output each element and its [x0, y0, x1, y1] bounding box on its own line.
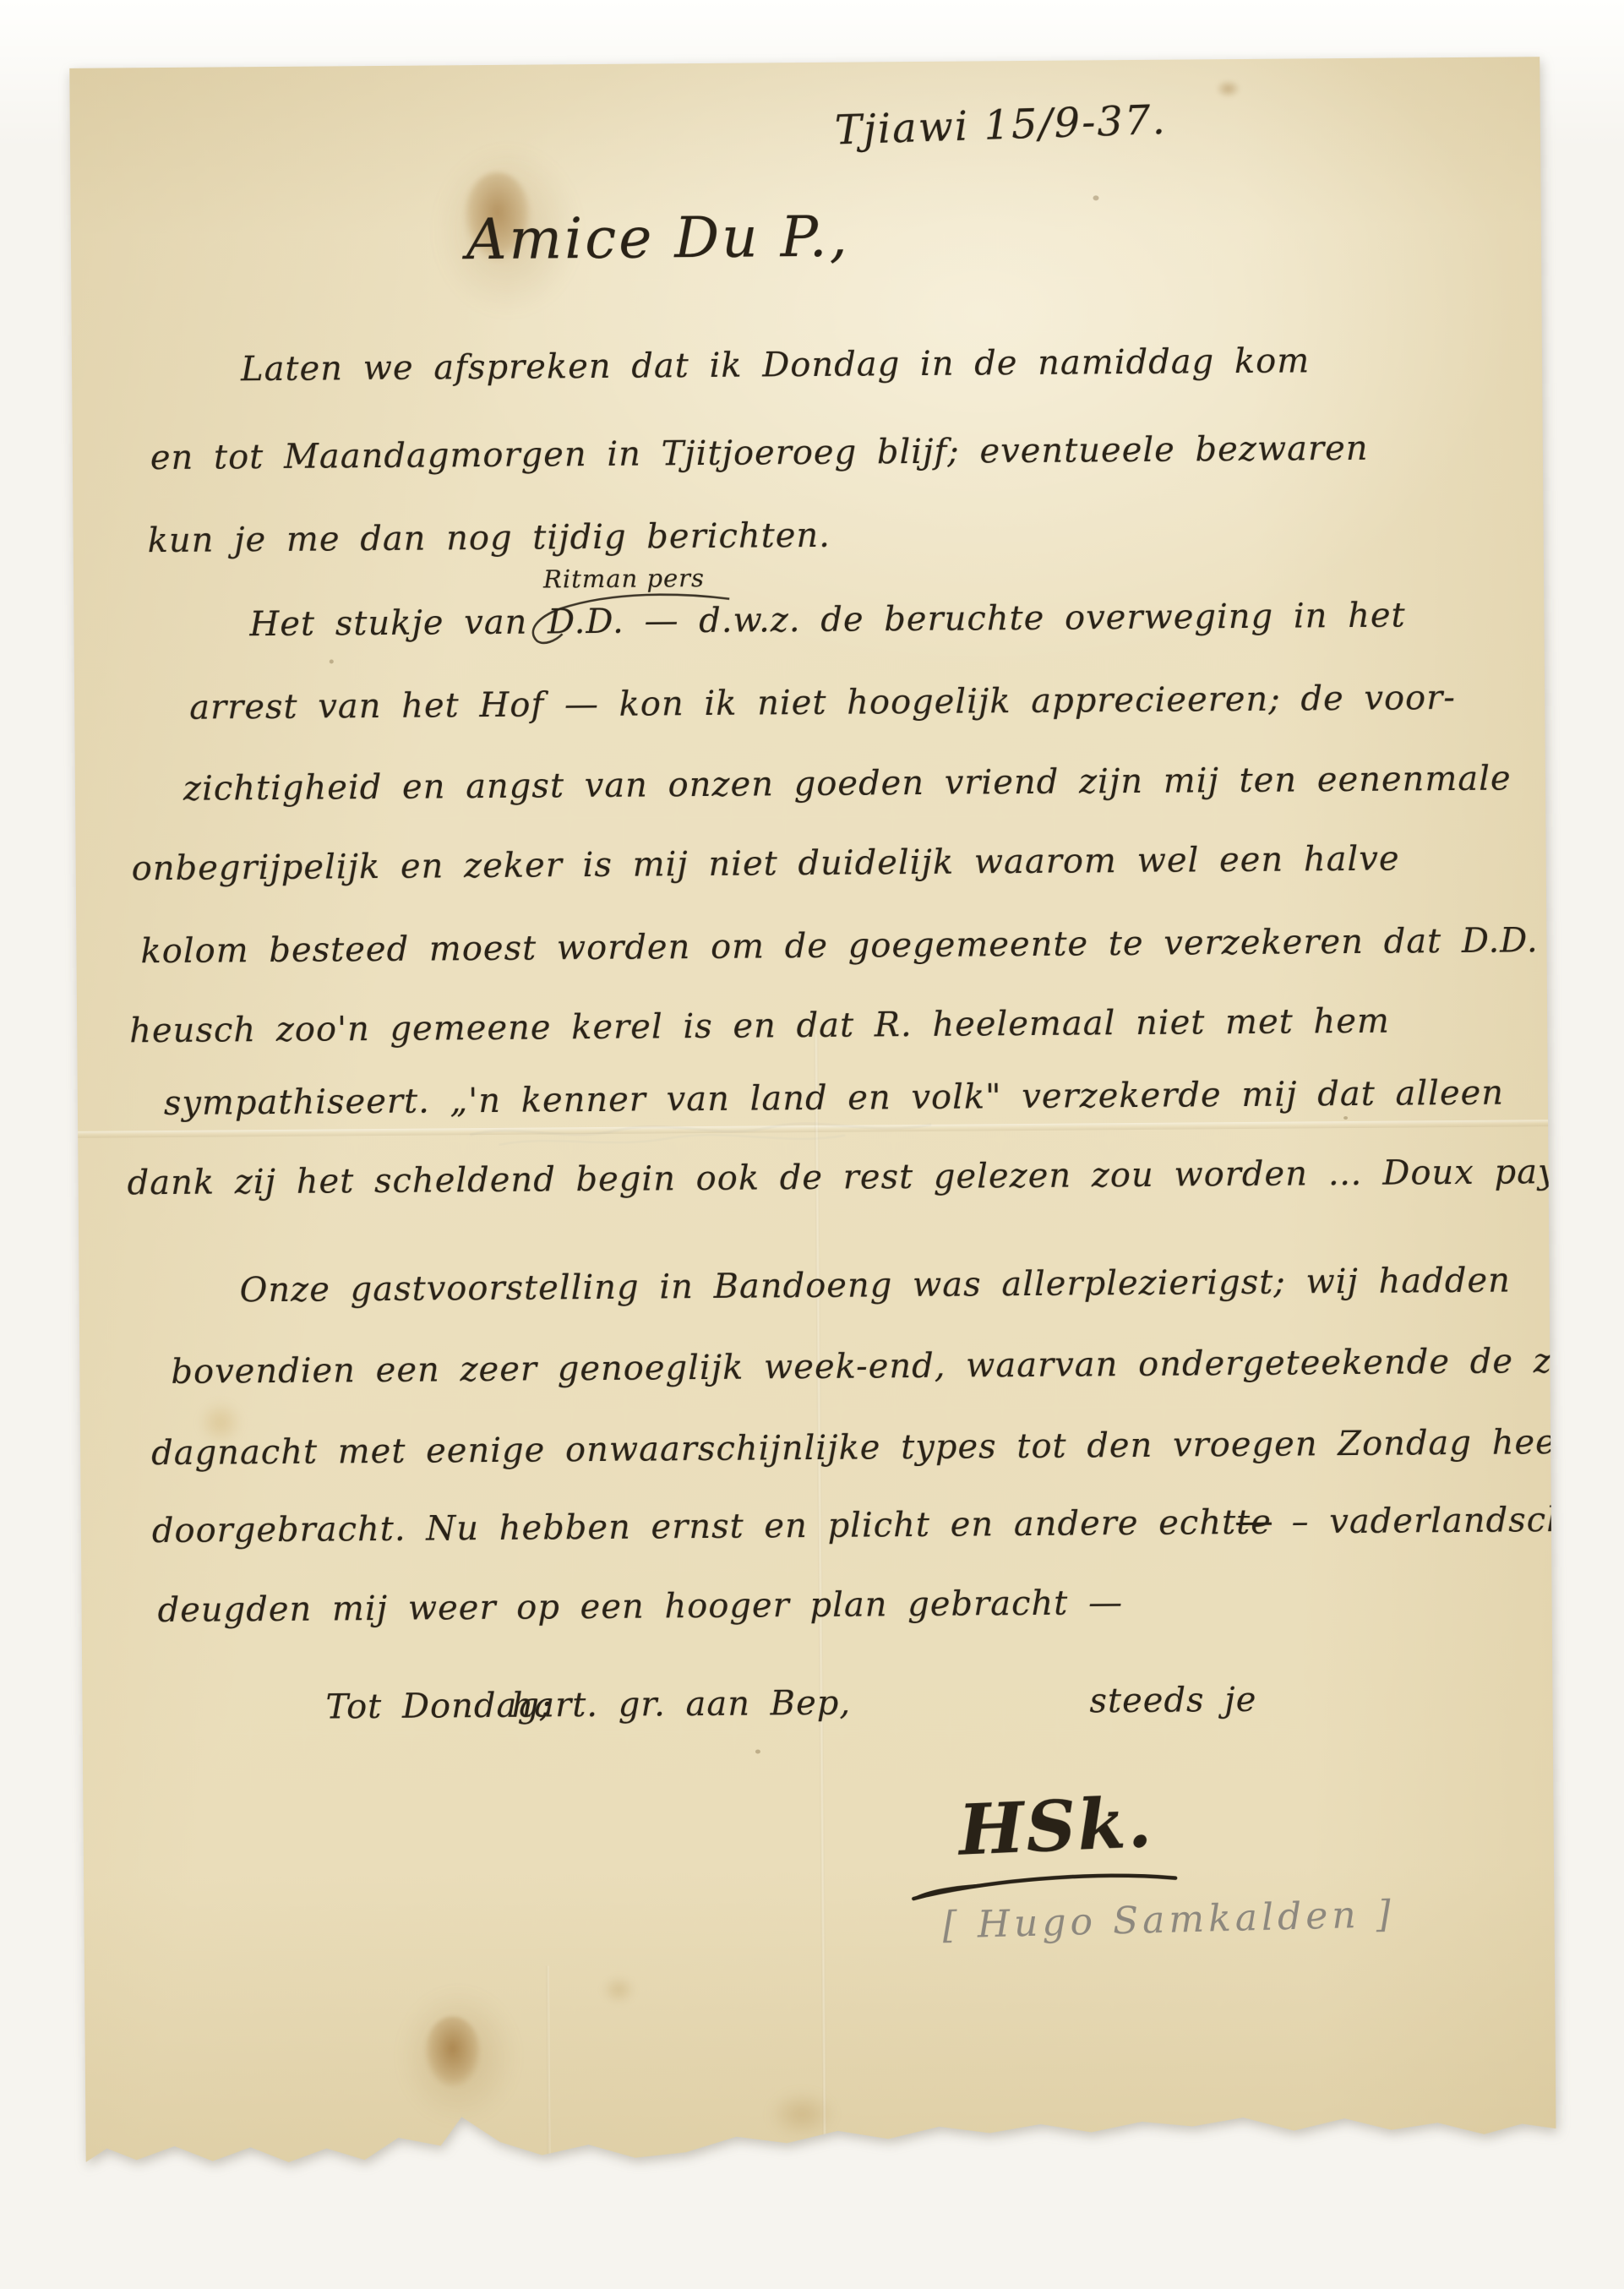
ink-speck: [1343, 1116, 1348, 1120]
ink-speck: [755, 1750, 760, 1754]
letter-line: deugden mij weer op een hooger plan gebr…: [157, 1586, 1123, 1627]
letter-line: Laten we afspreken dat ik Dondag in de n…: [241, 344, 1310, 386]
letter-line: dank zij het scheldend begin ook de rest…: [127, 1155, 1590, 1201]
ink-speck: [330, 659, 334, 663]
stain: [1215, 79, 1240, 98]
closing-line: Tot Dondag; hart. gr. aan Bep, steeds je: [82, 1681, 1552, 1743]
closing-valediction: steeds je: [1089, 1683, 1256, 1719]
letter-line: en tot Maandagmorgen in Tjitjoeroeg blij…: [150, 432, 1369, 475]
stain: [399, 1988, 518, 2124]
letter-line: dagnacht met eenige onwaarschijnlijke ty…: [151, 1425, 1584, 1470]
stain: [602, 1976, 635, 2004]
letter-line: Onze gastvoorstelling in Bandoeng was al…: [239, 1264, 1511, 1308]
letter-line: zichtigheid en angst van onzen goeden vr…: [183, 761, 1512, 805]
signature-initials: HSk.: [957, 1782, 1155, 1872]
letter-line: arrest van het Hof — kon ik niet hoogeli…: [189, 681, 1456, 725]
letter-line: Het stukje van D.D. — d.w.z. de beruchte…: [249, 598, 1406, 641]
letter-place-date: Tjiawi 15/9-37.: [834, 96, 1168, 155]
letter-paper-wrap: Tjiawi 15/9-37. Amice Du P., Laten we af…: [69, 57, 1556, 2169]
letter-line: onbegrijpelijk en zeker is mij niet duid…: [132, 842, 1400, 886]
letter-line: bovendien een zeer genoeglijk week-end, …: [171, 1343, 1624, 1389]
crossed-out-word: te: [1236, 1503, 1272, 1542]
line-text: doorgebracht. Nu hebben ernst en plicht …: [152, 1503, 1237, 1551]
ink-speck: [1093, 195, 1098, 200]
letter-salutation: Amice Du P.,: [466, 204, 850, 273]
letter-paper: Tjiawi 15/9-37. Amice Du P., Laten we af…: [69, 57, 1556, 2169]
letter-line: sympathiseert. „'n kenner van land en vo…: [164, 1076, 1504, 1120]
closing-greeting: hart. gr. aan Bep,: [511, 1687, 851, 1723]
scanned-letter-page: Tjiawi 15/9-37. Amice Du P., Laten we af…: [0, 0, 1624, 2289]
letter-line: kolom besteed moest worden om de goegeme…: [140, 923, 1624, 968]
letter-line: kun je me dan nog tijdig berichten.: [148, 519, 831, 558]
letter-line-with-correction: doorgebracht. Nu hebben ernst en plicht …: [152, 1503, 1590, 1548]
letter-line: heusch zoo'n gemeene kerel is en dat R. …: [129, 1005, 1390, 1049]
line-text: – vaderlandsche: [1272, 1501, 1590, 1542]
fold-crease-vertical: [546, 1965, 551, 2160]
stain: [424, 2016, 481, 2088]
